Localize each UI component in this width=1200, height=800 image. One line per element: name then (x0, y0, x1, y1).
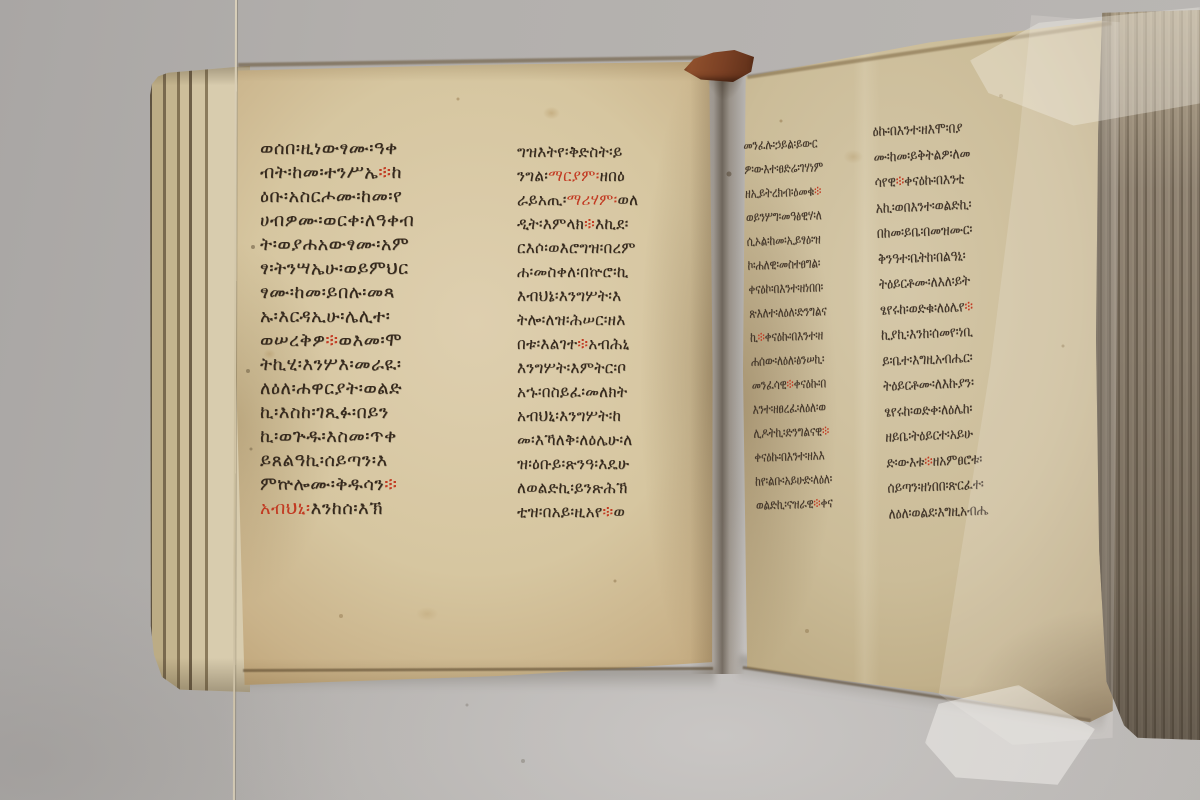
rubricated-text: ፨ (814, 183, 822, 199)
ink-text: ቲዝ፡በአይ፡ዚአየ (517, 502, 603, 521)
text-line: መንፈሉ፡ኃይል፡ይውር (743, 131, 823, 158)
ink-text: እንግሦት፡እምትር፡ቦ (517, 358, 626, 377)
text-line: ኡ፡እርዳኢሁ፡ሌሊተ፡ (260, 305, 414, 329)
text-line: ኪያኪ፡እንከ፡ሰመየ፡ነቢ (881, 319, 982, 349)
text-line: ቀናዕኮ፡በእንተ፡ዘነበበ፡ (748, 275, 828, 302)
ink-text: መንፈሉ፡ኃይል፡ይውር (743, 135, 818, 154)
rubricated-text: ማሪሃም፡ (567, 190, 618, 209)
text-line: ግዝእትየ፡ቅድስት፡ይ (517, 140, 638, 164)
text-line: ራይአጢ፡ማሪሃም፡ወለ (517, 188, 638, 212)
rubricated-text: ፨ (378, 162, 391, 183)
rubricated-text: አብህኒ፡ (260, 498, 311, 519)
ink-text: ሊዶትኪ፡ድንግልናዊ (753, 423, 822, 441)
text-line: ብት፡ከመ፡ተንሥኤ፨ከ (260, 161, 414, 185)
ink-text: ት፡ወያሐአውፃሙ፡አም (260, 234, 409, 255)
rubricated-text: ፨ (384, 474, 397, 495)
text-line: ሐሰው፡ለዕለ፡ፅንሠኪ፡ (751, 347, 831, 374)
ink-text: ዘበዕ (600, 166, 625, 185)
left-page-column-2: ግዝእትየ፡ቅድስት፡ይንግል፡ማርያም፡ዘበዕራይአጢ፡ማሪሃም፡ወለዲት፡እ… (517, 140, 638, 524)
text-line: ዘይቤ፡ትዕይርተ፡አይሁ (885, 421, 986, 451)
ink-text: ቅንዓተ፡ቤትከ፡በልዓኒ፡ (877, 246, 965, 268)
ink-text: ትዕይርቶሙ፡ለእለ፡ይት (879, 271, 971, 293)
text-line: ሀብዎሙ፡ወርቀ፡ለዓቀብ (260, 209, 414, 233)
text-line: ት፡ወያሐአውፃሙ፡አም (260, 233, 414, 257)
ink-text: ቀናዕኩ፡በ (793, 375, 826, 392)
ink-text: እብህኔ፡እንግሦት፡እ (517, 286, 621, 305)
ink-text: ዲት፡እምላክ (517, 214, 584, 233)
ink-text: ዕቡ፡አስርሖሙ፡ከመ፡የ (260, 186, 402, 207)
ink-text: ለወልድኪ፡ይንጽሕኽ (517, 478, 628, 497)
ink-text: ኪ፡ወጕዱ፡እስመ፡ጥቀ (260, 426, 397, 447)
text-line: ትዕይርቶሙ፡ለእኩያን፡ (883, 370, 984, 400)
ink-text: ወለ (618, 190, 639, 209)
text-line: ዎ፡ውእተ፡ፀድሬ፡ገሃነም (744, 155, 824, 182)
photograph: ወሰበ፡ዚነውፃሙ፡ዓቀብት፡ከመ፡ተንሥኤ፨ከዕቡ፡አስርሖሙ፡ከመ፡የሀብዎ… (0, 0, 1200, 800)
ink-text: ሐሰው፡ለዕለ፡ፅንሠኪ፡ (751, 351, 825, 370)
text-line: ለዕለ፡ሐዋርያት፡ወልድ (260, 377, 414, 401)
ink-text: ይጸልዓኪ፡ሰይጣን፡እ (260, 450, 388, 471)
text-line: ወሠረቅዎ፨ወእመ፡ሞ (260, 329, 414, 353)
ink-text: ፃሙ፡ከመ፡ይበሉ፡መጻ (260, 282, 395, 303)
text-line: ወሰበ፡ዚነውፃሙ፡ዓቀ (260, 137, 414, 161)
ink-text: ቀናዕኮ፡በእንተ፡ዘነበበ፡ (748, 279, 823, 298)
text-line: ሲኦል፡ከመ፡ኢይፃዕ፡ዝ (746, 227, 826, 254)
text-line: ዘኢይትረክብ፡ዕመቁ፨ (745, 179, 825, 206)
text-line: ፃ፡ትንሣኤሁ፡ወይምህር (260, 257, 414, 281)
ink-text: ንግል፡ (517, 166, 548, 185)
ink-text: አብሕኒ (588, 334, 629, 353)
ink-text: አኁ፡በስይፈ፡መለክት (517, 382, 627, 401)
text-line: በከመ፡ይቤ፡በመዝሙር፡ (876, 217, 977, 247)
text-line: ትዕይርቶሙ፡ለእለ፡ይት (878, 268, 979, 298)
text-line: ኮ፡ሐለዊ፡መስተፀግል፡ (747, 251, 827, 278)
text-line: ሳየዊ፨ቀናዕኩ፡በእንቲ (874, 166, 975, 196)
text-line: ኪ፡እስከ፡ገጺፉ፡በይን (260, 401, 414, 425)
ink-text: እንከሰ፡እኽ (311, 498, 383, 519)
text-line: ሐ፡መስቀለ፡በኵሮ፡ኪ (517, 260, 638, 284)
ink-text: ትኪሂ፡እንሦእ፡መራዪ፡ (260, 354, 402, 375)
ink-text: ፄየሩከ፡ወድቁ፡ለዕሌየ (880, 297, 965, 319)
ink-text: ርእሶ፡ወእሮግዝ፡በረም (517, 238, 636, 257)
text-line: ከየ፡ልቡ፡አይሁድ፡ለዕለ፡ (755, 467, 835, 494)
ink-text: ሲኦል፡ከመ፡ኢይፃዕ፡ዝ (746, 231, 820, 250)
ink-text: ይ፡ቤተ፡እግዚአብሔር፡ (882, 348, 973, 370)
text-line: ኪ፨ቀናዕኩ፡በእንተ፡ዘ (750, 323, 830, 350)
text-line: ለወልድኪ፡ይንጽሕኽ (517, 476, 638, 500)
text-line: አብህኒ፡እንግሦት፡ከ (517, 404, 638, 428)
ink-text: በቱ፡እልገተ (517, 334, 577, 353)
ink-text: ዝ፡ዕቡይ፡ጽንዓ፡እዴሁ (517, 454, 629, 473)
text-line: እንተ፡ዘፀረፈ፡ለዕለ፡ወ (752, 395, 832, 422)
text-line: መንፈሳዊ፨ቀናዕኩ፡በ (751, 371, 831, 398)
ink-text: ራይአጢ፡ (517, 190, 567, 209)
ink-text: ፃ፡ትንሣኤሁ፡ወይምህር (260, 258, 409, 279)
ink-text: ከየ፡ልቡ፡አይሁድ፡ለዕለ፡ (755, 471, 833, 490)
ink-text: ለዕለ፡ሐዋርያት፡ወልድ (260, 378, 402, 399)
text-line: ትኪሂ፡እንሦእ፡መራዪ፡ (260, 353, 414, 377)
ink-text: አኪ፡ወበእንተ፡ወልድኪ፡ (875, 194, 971, 216)
text-line: ኪ፡ወጕዱ፡እስመ፡ጥቀ (260, 425, 414, 449)
text-line: መ፡እኻለቅ፡ለዕሌሁ፡ለ (517, 428, 638, 452)
text-line: ወልድኪ፡ናዝራዊ፨ቀና (756, 491, 836, 518)
ink-text: ወ (613, 502, 625, 521)
ink-text: ዎ፡ውእተ፡ፀድሬ፡ገሃነም (744, 159, 823, 178)
ink-text: እኪደ፡ (595, 214, 628, 233)
text-line: ርእሶ፡ወእሮግዝ፡በረም (517, 236, 638, 260)
rubricated-text: ፨ (577, 334, 588, 353)
ink-text: ፄየሩከ፡ወድቀ፡ለዕሌከ፡ (884, 399, 973, 421)
text-line: ወይንሦግ፡መዓፅዊሃ፡ለ (746, 203, 826, 230)
text-line: ቲዝ፡በአይ፡ዚአየ፨ወ (517, 500, 638, 524)
ink-text: መንፈሳዊ (752, 377, 787, 394)
text-line: ፃሙ፡ከመ፡ይበሉ፡መጻ (260, 281, 414, 305)
text-line: ቀናዕኩ፡በእንተ፡ዘአእ (754, 443, 834, 470)
ink-text: ምኵሎሙ፡ቅዱሳን (260, 474, 384, 495)
ink-text: መ፡እኻለቅ፡ለዕሌሁ፡ለ (517, 430, 632, 449)
ink-text: ወሠረቅዎ (260, 330, 325, 351)
ink-text: ወልድኪ፡ናዝራዊ (756, 496, 814, 514)
text-line: ትሎ፡ለዝ፡ሕሠር፡ዘእ (517, 308, 638, 332)
ink-text: ሀብዎሙ፡ወርቀ፡ለዓቀብ (260, 210, 414, 231)
ink-text: ትዕይርቶሙ፡ለእኩያን፡ (883, 373, 974, 395)
text-line: ዲት፡እምላክ፨እኪደ፡ (517, 212, 638, 236)
rubricated-text: ፨ (603, 502, 614, 521)
text-line: ዝ፡ዕቡይ፡ጽንዓ፡እዴሁ (517, 452, 638, 476)
rubricated-text: ፨ (584, 214, 595, 233)
text-line: እንግሦት፡እምትር፡ቦ (517, 356, 638, 380)
text-line: ዕቡ፡አስርሖሙ፡ከመ፡የ (260, 185, 414, 209)
text-line: ዕኩ፡በእንተ፡ዘእሞ፡በያ (872, 115, 973, 145)
ink-text: ብት፡ከመ፡ተንሥኤ (260, 162, 378, 183)
ink-text: ቀናዕኩ፡በእንተ፡ዘአእ (754, 447, 825, 465)
ink-text: ኪ፡እስከ፡ገጺፉ፡በይን (260, 402, 389, 423)
ink-text: ሐ፡መስቀለ፡በኵሮ፡ኪ (517, 262, 629, 281)
text-line: በቱ፡እልገተ፨አብሕኒ (517, 332, 638, 356)
ink-text: ዕኩ፡በእንተ፡ዘእሞ፡በያ (872, 118, 963, 140)
ink-text: ድ፡ውእቱ (886, 452, 925, 472)
text-line: አኁ፡በስይፈ፡መለክት (517, 380, 638, 404)
right-page-column-2: ዕኩ፡በእንተ፡ዘእሞ፡በያሙ፡ከመ፡ይቅትልዎ፡ለመሳየዊ፨ቀናዕኩ፡በእንቲ… (872, 115, 989, 527)
ink-text: ኪያኪ፡እንከ፡ሰመየ፡ነቢ (881, 322, 973, 344)
ink-text: ኡ፡እርዳኢሁ፡ሌሊተ፡ (260, 306, 390, 327)
ink-text: ዘይቤ፡ትዕይርተ፡አይሁ (885, 424, 973, 446)
text-line: እብህኔ፡እንግሦት፡እ (517, 284, 638, 308)
rubricated-text: ፨ (822, 423, 830, 439)
ink-text: ኮ፡ሐለዊ፡መስተፀግል፡ (747, 255, 820, 274)
ink-text: ሰይጣን፡ዘነበበ፡ጽርፈተ፡ (887, 475, 984, 497)
right-page-column-1: መንፈሉ፡ኃይል፡ይውርዎ፡ውእተ፡ፀድሬ፡ገሃነምዘኢይትረክብ፡ዕመቁ፨ወይ… (743, 131, 835, 518)
text-line: ንግል፡ማርያም፡ዘበዕ (517, 164, 638, 188)
left-page-column-1: ወሰበ፡ዚነውፃሙ፡ዓቀብት፡ከመ፡ተንሥኤ፨ከዕቡ፡አስርሖሙ፡ከመ፡የሀብዎ… (260, 137, 414, 521)
text-line: ምኵሎሙ፡ቅዱሳን፨ (260, 473, 414, 497)
ink-text: ጽእለተ፡ለዕለ፡ድንግልና (749, 303, 827, 322)
text-line: አብህኒ፡እንከሰ፡እኽ (260, 497, 414, 521)
ink-specks (0, 0, 2, 2)
ink-text: እንተ፡ዘፀረፈ፡ለዕለ፡ወ (752, 399, 826, 418)
ink-text: ትሎ፡ለዝ፡ሕሠር፡ዘእ (517, 310, 626, 329)
ink-text: ወይንሦግ፡መዓፅዊሃ፡ለ (746, 207, 822, 226)
rubricated-text: ፨ (325, 330, 338, 351)
ink-text: ሳየዊ (874, 172, 896, 191)
ink-text: አብህኒ፡እንግሦት፡ከ (517, 406, 621, 425)
ink-text: ቀና (820, 495, 833, 511)
ink-text: ዘኢይትረክብ፡ዕመቁ (745, 184, 815, 202)
text-line: ይጸልዓኪ፡ሰይጣን፡እ (260, 449, 414, 473)
rubricated-text: ማርያም፡ (548, 166, 599, 185)
ink-text: ግዝእትየ፡ቅድስት፡ይ (517, 142, 623, 161)
rubricated-text: ፨ (964, 296, 973, 314)
ink-text: በከመ፡ይቤ፡በመዝሙር፡ (876, 220, 972, 242)
ink-text: ወእመ፡ሞ (339, 330, 403, 351)
ink-text: ከ (392, 162, 402, 183)
text-line: ጽእለተ፡ለዕለ፡ድንግልና (749, 299, 829, 326)
ink-text: ወሰበ፡ዚነውፃሙ፡ዓቀ (260, 138, 398, 159)
ink-text: ቀናዕኩ፡በእንተ፡ዘ (764, 327, 823, 345)
ink-text: ቀናዕኩ፡በእንቲ (904, 169, 965, 190)
ink-text: ሙ፡ከመ፡ይቅትልዎ፡ለመ (873, 143, 970, 165)
text-line: ሊዶትኪ፡ድንግልናዊ፨ (753, 419, 833, 446)
